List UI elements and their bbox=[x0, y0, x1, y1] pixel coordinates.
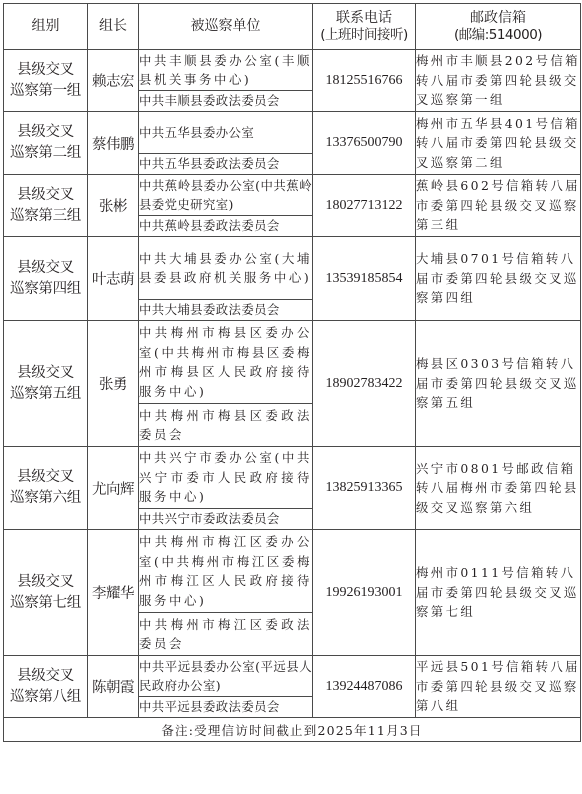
mailbox-cell: 梅州市0111号信箱转八届市委第四轮县级交叉巡察第七组 bbox=[416, 530, 581, 656]
group-cell: 县级交叉 巡察第四组 bbox=[4, 237, 88, 321]
mailbox-cell: 大埔县0701号信箱转八届市委第四轮县级交叉巡察第四组 bbox=[416, 237, 581, 321]
group-name-line2: 巡察第三组 bbox=[4, 206, 87, 227]
group-name-line2: 巡察第四组 bbox=[4, 279, 87, 300]
unit-cell-secondary: 中共梅州市梅江区委政法委员会 bbox=[139, 613, 313, 656]
header-units: 被巡察单位 bbox=[139, 4, 313, 50]
unit-cell-primary: 中共梅州市梅县区委办公室(中共梅州市梅县区委梅州市梅县区人民政府接待服务中心) bbox=[139, 321, 313, 404]
unit-cell-secondary: 中共平远县委政法委员会 bbox=[139, 697, 313, 718]
leader-cell: 叶志萌 bbox=[88, 237, 139, 321]
unit-cell-primary: 中共蕉岭县委办公室(中共蕉岭县委党史研究室) bbox=[139, 175, 313, 216]
mailbox-cell: 平远县501号信箱转八届市委第四轮县级交叉巡察第八组 bbox=[416, 656, 581, 718]
inspection-groups-table: 组别 组长 被巡察单位 联系电话 (上班时间接听) 邮政信箱 (邮编:51400… bbox=[3, 3, 581, 742]
unit-cell-secondary: 中共丰顺县委政法委员会 bbox=[139, 91, 313, 112]
header-phone-sub: (上班时间接听) bbox=[313, 27, 415, 44]
group-cell: 县级交叉 巡察第六组 bbox=[4, 447, 88, 530]
group-name-line1: 县级交叉 bbox=[4, 363, 87, 384]
group-name-line2: 巡察第五组 bbox=[4, 384, 87, 405]
group-name-line1: 县级交叉 bbox=[4, 467, 87, 488]
table-row: 县级交叉 巡察第三组 张彬 中共蕉岭县委办公室(中共蕉岭县委党史研究室) 180… bbox=[4, 175, 581, 216]
unit-cell-primary: 中共大埔县委办公室(大埔县委县政府机关服务中心) bbox=[139, 237, 313, 300]
table-row: 县级交叉 巡察第一组 赖志宏 中共丰顺县委办公室(丰顺县机关事务中心) 1812… bbox=[4, 50, 581, 91]
phone-cell: 13376500790 bbox=[313, 112, 416, 175]
unit-cell-primary: 中共兴宁市委办公室(中共兴宁市委市人民政府接待服务中心) bbox=[139, 447, 313, 509]
unit-cell-secondary: 中共五华县委政法委员会 bbox=[139, 154, 313, 175]
leader-cell: 陈朝霞 bbox=[88, 656, 139, 718]
group-cell: 县级交叉 巡察第七组 bbox=[4, 530, 88, 656]
header-mailbox-sub: (邮编:514000) bbox=[416, 27, 580, 44]
header-group: 组别 bbox=[4, 4, 88, 50]
group-name-line2: 巡察第八组 bbox=[4, 687, 87, 708]
group-name-line1: 县级交叉 bbox=[4, 185, 87, 206]
mailbox-cell: 梅县区0303号信箱转八届市委第四轮县级交叉巡察第五组 bbox=[416, 321, 581, 447]
group-cell: 县级交叉 巡察第三组 bbox=[4, 175, 88, 237]
phone-cell: 18027713122 bbox=[313, 175, 416, 237]
group-cell: 县级交叉 巡察第一组 bbox=[4, 50, 88, 112]
unit-cell-secondary: 中共梅州市梅县区委政法委员会 bbox=[139, 404, 313, 447]
header-leader: 组长 bbox=[88, 4, 139, 50]
phone-cell: 19926193001 bbox=[313, 530, 416, 656]
leader-cell: 李耀华 bbox=[88, 530, 139, 656]
unit-cell-primary: 中共梅州市梅江区委办公室(中共梅州市梅江区委梅州市梅江区人民政府接待服务中心) bbox=[139, 530, 313, 613]
mailbox-cell: 兴宁市0801号邮政信箱转八届梅州市委第四轮县级交叉巡察第六组 bbox=[416, 447, 581, 530]
mailbox-cell: 梅州市丰顺县202号信箱转八届市委第四轮县级交叉巡察第一组 bbox=[416, 50, 581, 112]
table-row: 县级交叉 巡察第八组 陈朝霞 中共平远县委办公室(平远县人民政府办公室) 139… bbox=[4, 656, 581, 697]
group-name-line1: 县级交叉 bbox=[4, 572, 87, 593]
phone-cell: 13539185854 bbox=[313, 237, 416, 321]
note-text: 备注:受理信访时间截止到2025年11月3日 bbox=[4, 718, 581, 742]
phone-cell: 18125516766 bbox=[313, 50, 416, 112]
group-name-line2: 巡察第六组 bbox=[4, 488, 87, 509]
group-name-line1: 县级交叉 bbox=[4, 60, 87, 81]
leader-cell: 张勇 bbox=[88, 321, 139, 447]
group-name-line2: 巡察第七组 bbox=[4, 593, 87, 614]
group-cell: 县级交叉 巡察第五组 bbox=[4, 321, 88, 447]
group-name-line1: 县级交叉 bbox=[4, 258, 87, 279]
leader-cell: 张彬 bbox=[88, 175, 139, 237]
phone-cell: 13924487086 bbox=[313, 656, 416, 718]
unit-cell-secondary: 中共兴宁市委政法委员会 bbox=[139, 509, 313, 530]
group-name-line1: 县级交叉 bbox=[4, 122, 87, 143]
unit-cell-secondary: 中共大埔县委政法委员会 bbox=[139, 300, 313, 321]
group-name-line2: 巡察第一组 bbox=[4, 81, 87, 102]
unit-cell-primary: 中共平远县委办公室(平远县人民政府办公室) bbox=[139, 656, 313, 697]
leader-cell: 赖志宏 bbox=[88, 50, 139, 112]
table-header-row: 组别 组长 被巡察单位 联系电话 (上班时间接听) 邮政信箱 (邮编:51400… bbox=[4, 4, 581, 50]
group-cell: 县级交叉 巡察第八组 bbox=[4, 656, 88, 718]
table-row: 县级交叉 巡察第七组 李耀华 中共梅州市梅江区委办公室(中共梅州市梅江区委梅州市… bbox=[4, 530, 581, 613]
header-mailbox-title: 邮政信箱 bbox=[470, 10, 526, 26]
table-row: 县级交叉 巡察第六组 尤向辉 中共兴宁市委办公室(中共兴宁市委市人民政府接待服务… bbox=[4, 447, 581, 509]
mailbox-cell: 梅州市五华县401号信箱转八届市委第四轮县级交叉巡察第二组 bbox=[416, 112, 581, 175]
table-row: 县级交叉 巡察第四组 叶志萌 中共大埔县委办公室(大埔县委县政府机关服务中心) … bbox=[4, 237, 581, 300]
group-cell: 县级交叉 巡察第二组 bbox=[4, 112, 88, 175]
leader-cell: 尤向辉 bbox=[88, 447, 139, 530]
unit-cell-secondary: 中共蕉岭县委政法委员会 bbox=[139, 216, 313, 237]
group-name-line1: 县级交叉 bbox=[4, 666, 87, 687]
header-phone: 联系电话 (上班时间接听) bbox=[313, 4, 416, 50]
group-name-line2: 巡察第二组 bbox=[4, 143, 87, 164]
table-row: 县级交叉 巡察第二组 蔡伟鹏 中共五华县委办公室 13376500790 梅州市… bbox=[4, 112, 581, 154]
mailbox-cell: 蕉岭县602号信箱转八届市委第四轮县级交叉巡察第三组 bbox=[416, 175, 581, 237]
header-mailbox: 邮政信箱 (邮编:514000) bbox=[416, 4, 581, 50]
unit-cell-primary: 中共五华县委办公室 bbox=[139, 112, 313, 154]
note-row: 备注:受理信访时间截止到2025年11月3日 bbox=[4, 718, 581, 742]
header-phone-title: 联系电话 bbox=[336, 10, 392, 26]
unit-cell-primary: 中共丰顺县委办公室(丰顺县机关事务中心) bbox=[139, 50, 313, 91]
leader-cell: 蔡伟鹏 bbox=[88, 112, 139, 175]
phone-cell: 18902783422 bbox=[313, 321, 416, 447]
table-row: 县级交叉 巡察第五组 张勇 中共梅州市梅县区委办公室(中共梅州市梅县区委梅州市梅… bbox=[4, 321, 581, 404]
phone-cell: 13825913365 bbox=[313, 447, 416, 530]
